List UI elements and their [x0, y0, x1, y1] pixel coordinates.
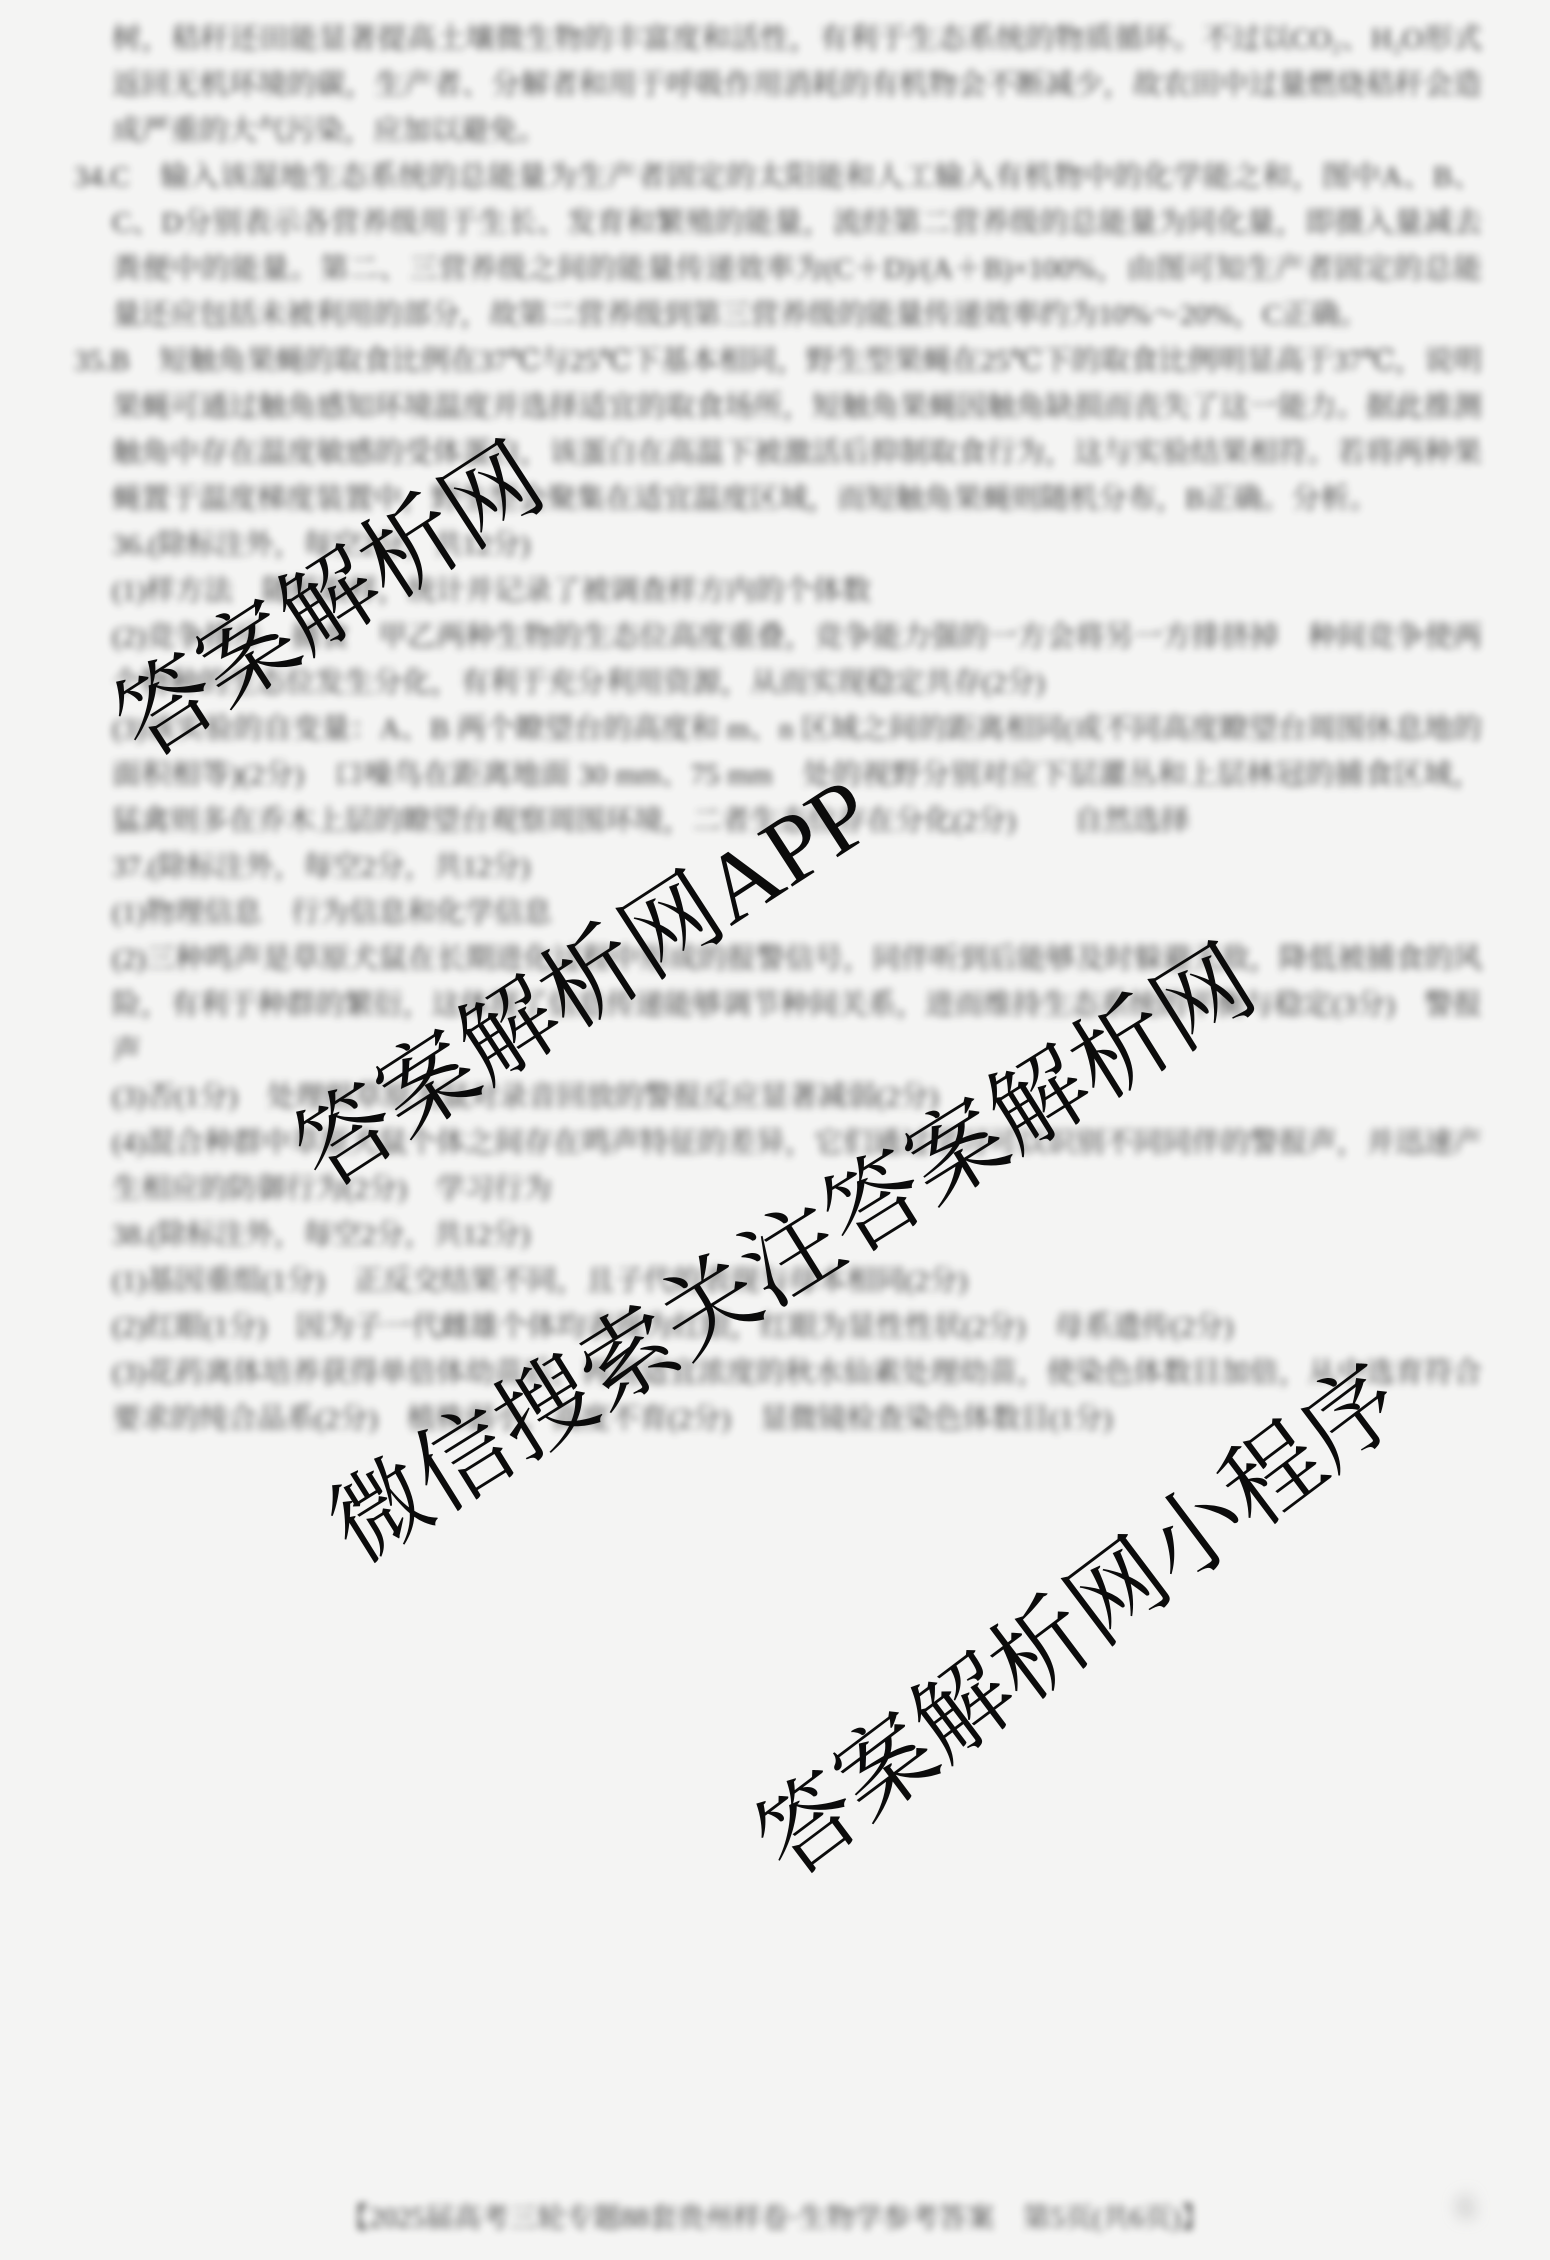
answer-paragraph: (2)三种鸣声是草原犬鼠在长期进化过程中形成的报警信号，同伴听到后能够及时躲避天… — [112, 936, 1482, 1074]
document-page: 树，秸秆还田能显著提高土壤微生物的丰富度和活性，有利于生态系统的物质循环。不过以… — [0, 0, 1550, 2260]
answer-paragraph: (2)红眼(1分) 因为子一代雌雄个体均表现为红眼，红眼为显性性状(2分) 母系… — [112, 1304, 1482, 1350]
answer-paragraph: 36.(除标注外，每空2分，共12分) — [112, 522, 1482, 568]
answer-paragraph: 树，秸秆还田能显著提高土壤微生物的丰富度和活性，有利于生态系统的物质循环。不过以… — [112, 16, 1482, 154]
answer-paragraph: 35.B 短触角果蝇的取食比例在37℃与25℃下基本相同，野生型果蝇在25℃下的… — [112, 338, 1482, 522]
answer-paragraph: (1)样方法 随机取样，统计并记录了被调查样方内的个体数 — [112, 568, 1482, 614]
answer-paragraph: (4)混合种群中草原犬鼠个体之间存在鸣声特征的差异，它们通过学习可以识别不同同伴… — [112, 1120, 1482, 1212]
page-number: 6 — [1458, 2188, 1474, 2225]
answer-paragraph: (3)花药离体培养获得单倍体幼苗后，再用适宜浓度的秋水仙素处理幼苗，使染色体数目… — [112, 1350, 1482, 1442]
answer-paragraph: (3)该实验的自变量：A、B 两个瞭望台的高度和 m、n 区域之间的距离相同(或… — [112, 706, 1482, 844]
answer-paragraph: (3)否(1分) 处理组草原犬鼠对录音回放的警报反应显著减弱(2分) — [112, 1074, 1482, 1120]
answer-paragraph: 37.(除标注外，每空2分，共12分) — [112, 844, 1482, 890]
answer-paragraph: (1)基因重组(1分) 正反交结果不同，且子代的表现与母本相同(2分) — [112, 1258, 1482, 1304]
answer-paragraph: 38.(除标注外，每空2分，共12分) — [112, 1212, 1482, 1258]
answer-text-block: 树，秸秆还田能显著提高土壤微生物的丰富度和活性，有利于生态系统的物质循环。不过以… — [112, 16, 1482, 1442]
answer-paragraph: 34.C 输入该湿地生态系统的总能量为生产者固定的太阳能和人工输入有机物中的化学… — [112, 154, 1482, 338]
answer-paragraph: (2)竞争排斥 捕食 甲乙两种生物的生态位高度重叠，竞争能力强的一方会将另一方排… — [112, 614, 1482, 706]
footer-caption: 【2025届高考三轮专题88套贵州样卷·生物学参考答案 第5页(共6页)】 — [0, 2196, 1550, 2236]
answer-paragraph: (1)物理信息 行为信息和化学信息 — [112, 890, 1482, 936]
